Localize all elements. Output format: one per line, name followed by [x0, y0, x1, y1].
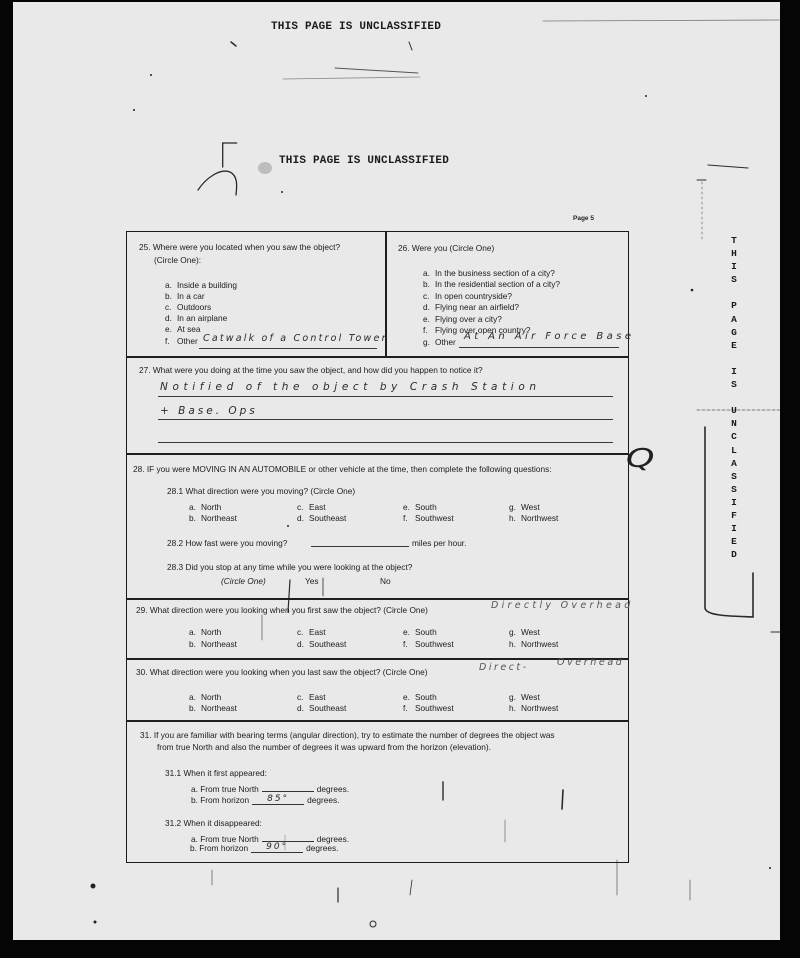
page-number: Page 5	[573, 215, 594, 222]
option-text: North	[201, 627, 221, 637]
q30-option-g: g.West	[509, 692, 540, 702]
q30-option-e: e.South	[403, 692, 437, 702]
option-key: a.	[189, 692, 201, 702]
stamp-letter: S	[728, 273, 740, 286]
option-key: g.	[509, 627, 521, 637]
q26-label: 26. Were you (Circle One)	[398, 243, 494, 253]
q30-option-a: a.North	[189, 692, 221, 702]
q25-option-d: d.In an airplane	[165, 313, 227, 323]
option-key: b.	[423, 279, 435, 289]
option-text: Northwest	[521, 513, 558, 523]
stamp-letter: S	[728, 378, 740, 391]
option-text: Other	[435, 337, 456, 347]
option-key: f.	[423, 325, 435, 335]
q29-option-d: d.Southeast	[297, 639, 346, 649]
option-key: h.	[509, 703, 521, 713]
option-key: a.	[165, 280, 177, 290]
q28-2-speed-blank	[311, 546, 409, 547]
stamp-letter: P	[728, 299, 740, 312]
option-text: South	[415, 627, 437, 637]
classification-header-second: THIS PAGE IS UNCLASSIFIED	[279, 155, 449, 167]
q29-option-b: b.Northeast	[189, 639, 237, 649]
q28-1-option-f: f.Southwest	[403, 513, 454, 523]
stamp-letter: C	[728, 430, 740, 443]
q25-option-e: e.At sea	[165, 324, 201, 334]
q28-1-option-h: h.Northwest	[509, 513, 558, 523]
option-text: Northwest	[521, 703, 558, 713]
option-text: North	[201, 502, 221, 512]
stamp-letter: S	[728, 470, 740, 483]
option-text: Southeast	[309, 639, 346, 649]
option-key: c.	[297, 502, 309, 512]
answer-underline	[158, 442, 613, 443]
stamp-letter: U	[728, 404, 740, 417]
q29-option-e: e.South	[403, 627, 437, 637]
option-text: West	[521, 502, 540, 512]
stamp-letter: S	[728, 483, 740, 496]
q28-1-label: 28.1 What direction were you moving? (Ci…	[167, 486, 355, 496]
option-key: d.	[297, 639, 309, 649]
q27-answer-line-1: Notified of the object by Crash Station	[160, 381, 541, 393]
q28-2-unit: miles per hour.	[412, 538, 466, 548]
classification-header-top: THIS PAGE IS UNCLASSIFIED	[271, 21, 441, 33]
option-text: South	[415, 502, 437, 512]
stamp-letter: E	[728, 339, 740, 352]
section-divider	[126, 658, 629, 660]
option-key: e.	[165, 324, 177, 334]
q28-1-option-d: d.Southeast	[297, 513, 346, 523]
stamp-letter: F	[728, 509, 740, 522]
q28-1-option-e: e.South	[403, 502, 437, 512]
option-text: Flying near an airfield?	[435, 302, 519, 312]
horizon-value: 85°	[267, 794, 289, 804]
q25-instruction: (Circle One):	[154, 255, 201, 265]
q25-option-a: a.Inside a building	[165, 280, 237, 290]
stamp-letter: L	[728, 444, 740, 457]
q29-option-c: c.East	[297, 627, 326, 637]
option-text: Northeast	[201, 639, 237, 649]
option-text: West	[521, 692, 540, 702]
stamp-letter: A	[728, 313, 740, 326]
option-text: East	[309, 627, 326, 637]
stamp-letter	[728, 391, 740, 404]
option-key: g.	[423, 337, 435, 347]
q26-option-c: c.In open countryside?	[423, 291, 512, 301]
q31-1-label: 31.1 When it first appeared:	[165, 768, 267, 778]
q29-handwritten-answer: Directly Overhead	[491, 600, 634, 612]
option-key: h.	[509, 513, 521, 523]
q30-option-c: c.East	[297, 692, 326, 702]
q25-option-c: c.Outdoors	[165, 302, 211, 312]
option-text: In the business section of a city?	[435, 268, 555, 278]
section-divider	[126, 356, 629, 358]
option-key: d.	[297, 513, 309, 523]
option-text: Outdoors	[177, 302, 211, 312]
true-north-blank	[262, 782, 314, 792]
option-text: In the residential section of a city?	[435, 279, 560, 289]
q29-label: 29. What direction were you looking when…	[136, 605, 428, 615]
answer-underline	[158, 419, 613, 420]
option-key: f.	[165, 336, 177, 346]
q29-option-f: f.Southwest	[403, 639, 454, 649]
stamp-letter: A	[728, 457, 740, 470]
q25-other-answer: Catwalk of a Control Tower	[203, 333, 388, 345]
horizon-blank: 90°	[251, 843, 303, 853]
q26-option-e: e.Flying over a city?	[423, 314, 502, 324]
option-key: b.	[189, 639, 201, 649]
q30-handwritten-answer-2: Overhead	[557, 657, 624, 669]
option-key: g.	[509, 502, 521, 512]
option-text: Northeast	[201, 703, 237, 713]
option-text: Inside a building	[177, 280, 237, 290]
q25-label: 25. Where were you located when you saw …	[139, 242, 340, 252]
unit-label: degrees.	[317, 784, 349, 794]
stamp-letter: I	[728, 260, 740, 273]
q28-1-option-b: b.Northeast	[189, 513, 237, 523]
q26-option-g: g.Other	[423, 337, 456, 347]
option-key: a.	[189, 627, 201, 637]
stamp-letter: T	[728, 234, 740, 247]
q28-1-option-g: g.West	[509, 502, 540, 512]
option-text: Northwest	[521, 639, 558, 649]
option-text: In a car	[177, 291, 205, 301]
q26-option-d: d.Flying near an airfield?	[423, 302, 519, 312]
option-key: a.	[189, 502, 201, 512]
side-classification-stamp: T H I S P A G E I S U N C L A S S I F I …	[728, 234, 740, 561]
q28-label: 28. IF you were MOVING IN AN AUTOMOBILE …	[133, 464, 552, 474]
q31-1-true-north: a. From true Northdegrees.	[191, 782, 349, 794]
stamp-letter: D	[728, 548, 740, 561]
option-text: South	[415, 692, 437, 702]
q29-option-g: g.West	[509, 627, 540, 637]
q29-option-h: h.Northwest	[509, 639, 558, 649]
stamp-letter	[728, 286, 740, 299]
true-north-blank	[262, 832, 314, 842]
handwritten-margin-mark: Q	[626, 446, 655, 472]
stamp-letter: E	[728, 535, 740, 548]
q30-label: 30. What direction were you looking when…	[136, 667, 427, 677]
stamp-letter: N	[728, 417, 740, 430]
horizon-value: 90°	[266, 842, 288, 852]
option-key: c.	[297, 627, 309, 637]
stamp-letter: G	[728, 326, 740, 339]
q28-3-option-no: No	[380, 576, 391, 586]
option-key: e.	[403, 627, 415, 637]
section-divider	[126, 453, 629, 455]
option-text: In open countryside?	[435, 291, 512, 301]
q28-2-label: 28.2 How fast were you moving?	[167, 538, 287, 548]
q28-3-instruction: (Circle One)	[221, 576, 266, 586]
option-key: e.	[403, 692, 415, 702]
option-key: d.	[423, 302, 435, 312]
q26-other-answer: At An Air Force Base	[464, 331, 634, 343]
horizon-blank: 85°	[252, 795, 304, 805]
q31-label-line-1: 31. If you are familiar with bearing ter…	[140, 730, 555, 740]
option-text: At sea	[177, 324, 201, 334]
stamp-letter: I	[728, 496, 740, 509]
option-key: c.	[165, 302, 177, 312]
q30-option-d: d.Southeast	[297, 703, 346, 713]
option-text: Southeast	[309, 513, 346, 523]
q31-1-horizon: b. From horizon85°degrees.	[191, 795, 339, 805]
option-text: In an airplane	[177, 313, 227, 323]
option-text: Southwest	[415, 513, 454, 523]
q27-answer-line-2: + Base. Ops	[160, 405, 258, 417]
q30-option-h: h.Northwest	[509, 703, 558, 713]
q25-option-f: f.Other	[165, 336, 198, 346]
stamp-letter: I	[728, 522, 740, 535]
q26-other-underline	[459, 347, 619, 348]
option-key: d.	[165, 313, 177, 323]
option-key: c.	[297, 692, 309, 702]
field-label: a. From true North	[191, 784, 259, 794]
answer-underline	[158, 396, 613, 397]
option-key: d.	[297, 703, 309, 713]
option-text: West	[521, 627, 540, 637]
q25-option-b: b.In a car	[165, 291, 205, 301]
q25-other-underline	[199, 348, 377, 349]
q26-option-a: a.In the business section of a city?	[423, 268, 555, 278]
q30-option-f: f.Southwest	[403, 703, 454, 713]
option-text: Southwest	[415, 703, 454, 713]
q31-2-label: 31.2 When it disappeared:	[165, 818, 262, 828]
q28-3-option-yes: Yes	[305, 576, 319, 586]
q31-2-horizon: b. From horizon90°degrees.	[190, 843, 338, 853]
q30-option-b: b.Northeast	[189, 703, 237, 713]
unit-label: degrees.	[306, 843, 338, 853]
field-label: b. From horizon	[190, 843, 248, 853]
option-key: c.	[423, 291, 435, 301]
unit-label: degrees.	[307, 795, 339, 805]
option-key: b.	[165, 291, 177, 301]
option-text: Southeast	[309, 703, 346, 713]
option-text: Southwest	[415, 639, 454, 649]
option-text: Northeast	[201, 513, 237, 523]
q30-handwritten-answer-1: Direct-	[479, 662, 529, 674]
option-key: g.	[509, 692, 521, 702]
q27-label: 27. What were you doing at the time you …	[139, 365, 483, 375]
option-key: e.	[403, 502, 415, 512]
option-text: North	[201, 692, 221, 702]
field-label: b. From horizon	[191, 795, 249, 805]
q31-label-line-2: from true North and also the number of d…	[157, 742, 491, 752]
q29-option-a: a.North	[189, 627, 221, 637]
q28-3-label: 28.3 Did you stop at any time while you …	[167, 562, 412, 572]
option-key: h.	[509, 639, 521, 649]
option-key: e.	[423, 314, 435, 324]
option-key: a.	[423, 268, 435, 278]
option-key: b.	[189, 513, 201, 523]
stamp-letter	[728, 352, 740, 365]
option-key: f.	[403, 639, 415, 649]
q26-option-b: b.In the residential section of a city?	[423, 279, 560, 289]
option-key: f.	[403, 703, 415, 713]
option-key: b.	[189, 703, 201, 713]
stamp-letter: I	[728, 365, 740, 378]
q28-1-option-a: a.North	[189, 502, 221, 512]
section-divider	[126, 720, 629, 722]
option-text: East	[309, 502, 326, 512]
option-text: Other	[177, 336, 198, 346]
q28-1-option-c: c.East	[297, 502, 326, 512]
stamp-letter: H	[728, 247, 740, 260]
option-text: Flying over a city?	[435, 314, 502, 324]
option-key: f.	[403, 513, 415, 523]
option-text: East	[309, 692, 326, 702]
